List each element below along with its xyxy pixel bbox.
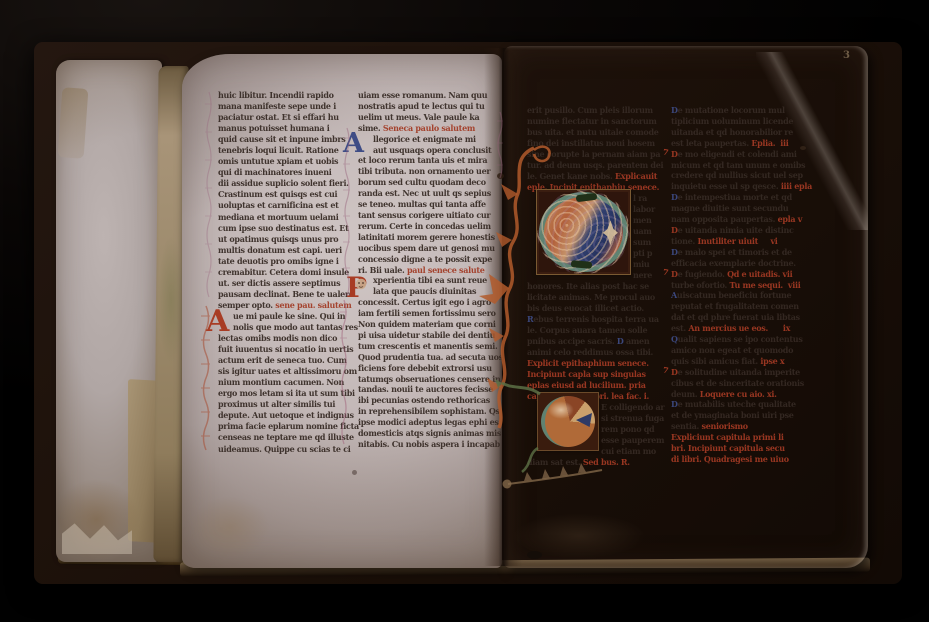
stain <box>190 496 270 558</box>
drop-cap-face-sketch <box>355 277 367 291</box>
text-column-left-2: uiam esse romanum. Nam quunostratis apud… <box>358 90 467 450</box>
pen-flourish <box>342 128 352 303</box>
branch-sketch <box>498 460 608 496</box>
ink-blot <box>527 551 542 559</box>
pen-flourish <box>339 300 349 445</box>
folio-number: 3 <box>843 50 850 61</box>
text-column-left-1: huic libitur. Incendii rapidomana manife… <box>218 90 338 455</box>
page-edge-stain <box>158 235 184 365</box>
pen-flourish <box>204 92 214 297</box>
ink-blot <box>800 146 806 150</box>
illuminated-initial-large <box>536 189 631 275</box>
manuscript-photo: huic libitur. Incendii rapidomana manife… <box>0 0 929 622</box>
text-column-right-2: De mutatione locorum multiplicium uolumi… <box>671 105 798 465</box>
pen-flourish <box>496 112 505 187</box>
pen-flourish <box>200 306 212 454</box>
flyleaf-torn-strip <box>58 87 89 159</box>
ink-blot <box>352 470 357 475</box>
